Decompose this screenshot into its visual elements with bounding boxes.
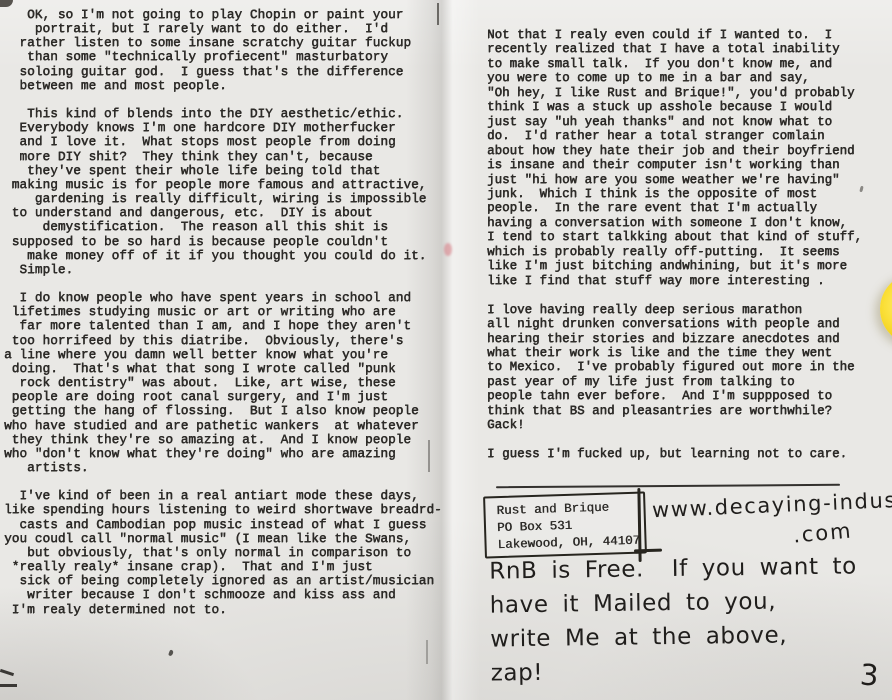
- pink-smudge: [444, 243, 452, 256]
- right-page-text: Not that I realy even could if I wanted …: [487, 28, 862, 462]
- address-box: Rust and Brique PO Box 531 Lakewood, OH,…: [483, 491, 647, 558]
- yellow-sticker: [880, 273, 892, 345]
- zine-spread: OK, so I'm not going to play Chopin or p…: [0, 0, 892, 700]
- fold-crease-tick-2: [426, 640, 428, 664]
- handwritten-website-url: www.decaying-industries: [652, 486, 892, 523]
- page-number: 3: [859, 657, 880, 692]
- scan-corner-mark: [0, 0, 13, 7]
- handwritten-website-tld: .com: [792, 518, 853, 547]
- hand-drawn-divider-line: [496, 484, 840, 489]
- bottom-left-underline-mark: [0, 684, 17, 687]
- mailing-address: Rust and Brique PO Box 531 Lakewood, OH,…: [485, 494, 645, 554]
- left-page-text: OK, so I'm not going to play Chopin or p…: [4, 8, 442, 617]
- handwritten-note: RnB is Free. If you want to have it Mail…: [489, 549, 858, 690]
- ink-speck: [168, 649, 174, 656]
- bottom-left-pen-stroke: [0, 669, 14, 676]
